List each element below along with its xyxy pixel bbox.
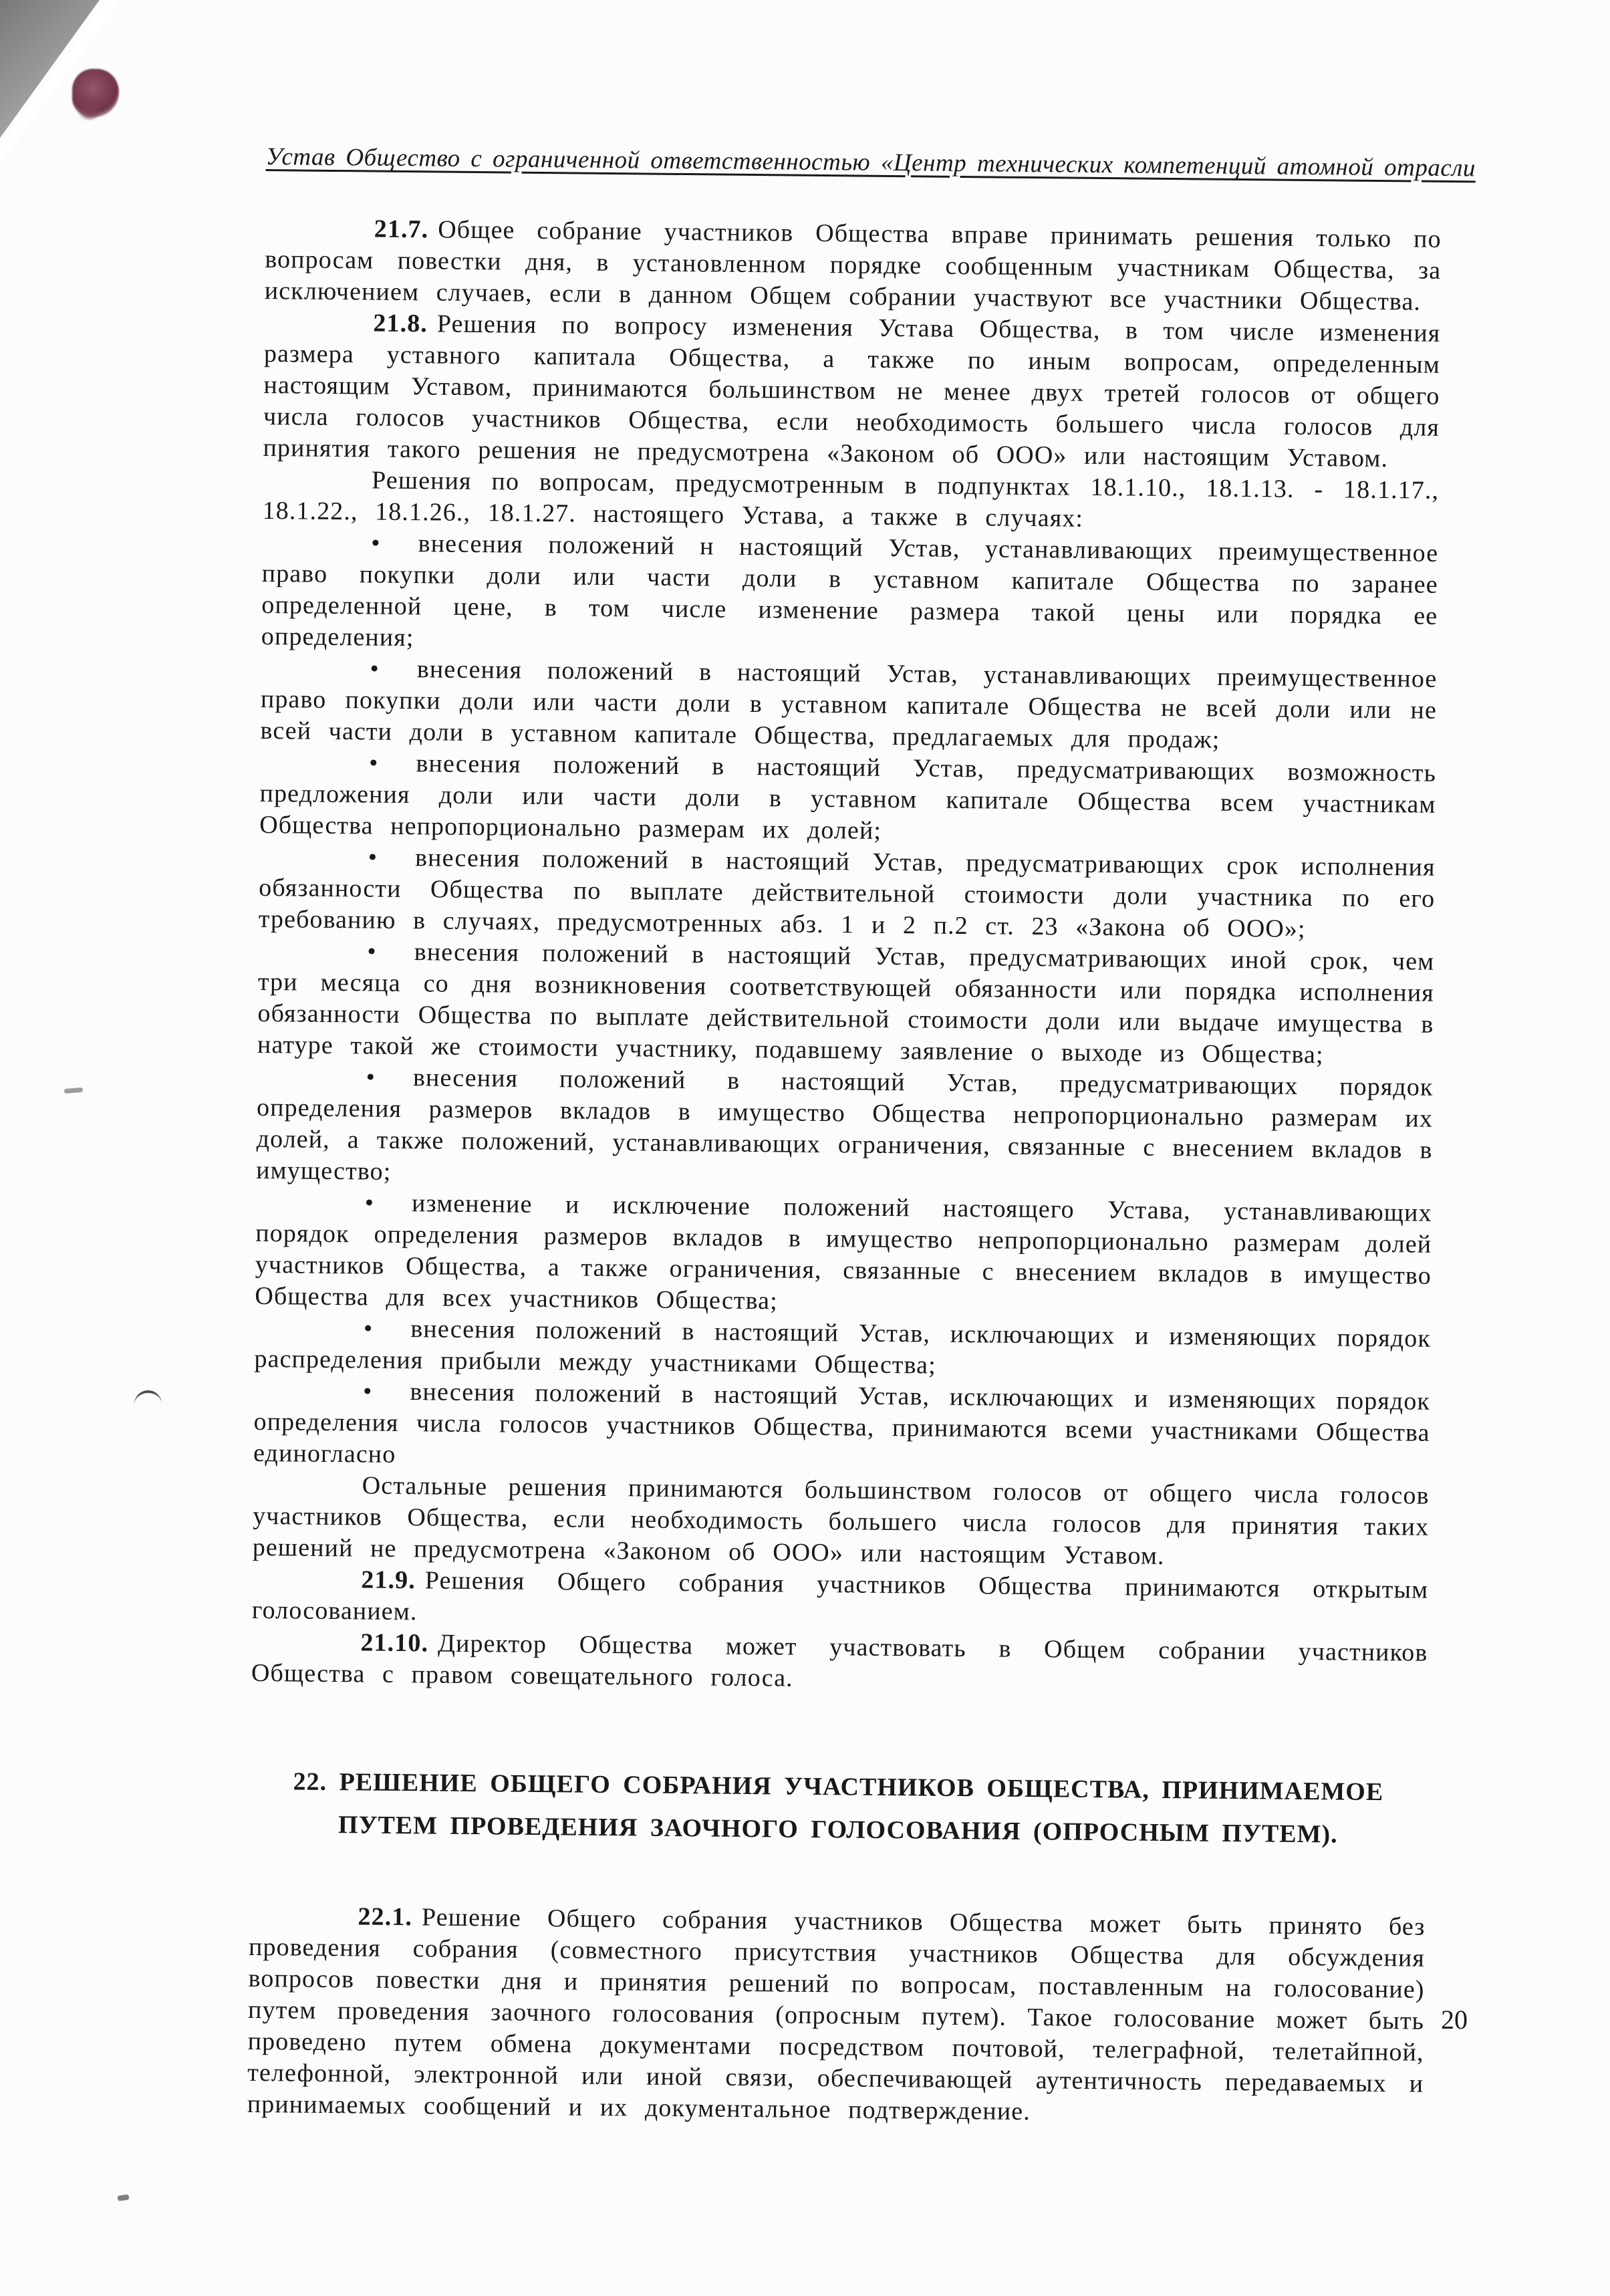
clause-21-8-number: 21.8. (373, 309, 428, 338)
bullet-marker: • (363, 1377, 373, 1405)
scan-dash-mark (64, 1088, 84, 1094)
bullet-item-4: •внесения положений в настоящий Устав, п… (259, 841, 1436, 946)
bullet-item-2: •внесения положений в настоящий Устав, у… (260, 652, 1437, 758)
bullet-item-3: •внесения положений в настоящий Устав, п… (259, 747, 1436, 852)
document-content: Устав Общество с ограниченной ответствен… (247, 142, 1442, 2132)
scan-speck-mark (118, 2194, 130, 2201)
bullet-item-1: •внесения положений н настоящий Устав, у… (261, 527, 1439, 664)
paragraph-subpoints: Решения по вопросам, предусмотренным в п… (262, 464, 1439, 538)
bullet-item-7: •изменение и исключение положений настоя… (255, 1186, 1432, 1323)
bullet-marker: • (366, 1063, 376, 1092)
section-22-heading: 22. РЕШЕНИЕ ОБЩЕГО СОБРАНИЯ УЧАСТНИКОВ О… (290, 1760, 1387, 1856)
document-header-title: Устав Общество с ограниченной ответствен… (266, 142, 1442, 184)
clause-21-9-text: Решения Общего собрания участников Общес… (252, 1566, 1429, 1626)
clause-22-1-number: 22.1. (358, 1902, 412, 1931)
bullet-text: внесения положений в настоящий Устав, ис… (254, 1315, 1431, 1380)
bullet-marker: • (370, 655, 380, 683)
bullet-text: изменение и исключение положений настоящ… (255, 1189, 1432, 1315)
clause-22-1-text: Решение Общего собрания участников Общес… (247, 1903, 1426, 2126)
bullet-item-6: •внесения положений в настоящий Устав, п… (256, 1061, 1434, 1198)
seal-thread-blob-artifact (72, 69, 119, 117)
bullet-marker: • (367, 938, 377, 966)
clause-21-10: 21.10.Директор Общества может участвоват… (251, 1626, 1428, 1700)
page-number: 20 (1441, 2005, 1468, 2035)
clause-21-7-number: 21.7. (374, 215, 429, 244)
paragraph-subpoints-text: Решения по вопросам, предусмотренным в п… (262, 467, 1439, 533)
bullet-marker: • (368, 844, 378, 872)
bullet-marker: • (365, 1188, 375, 1217)
clause-21-9: 21.9.Решения Общего собрания участников … (252, 1563, 1429, 1638)
bullet-text: внесения положений в настоящий Устав, ис… (253, 1378, 1430, 1469)
clause-21-7-text: Общее собрание участников Общества вправ… (265, 215, 1442, 315)
scanned-document-page: Устав Общество с ограниченной ответствен… (0, 0, 1610, 2296)
bullet-text: внесения положений н настоящий Устав, ус… (261, 529, 1439, 652)
bullet-marker: • (369, 749, 379, 777)
clause-22-1: 22.1.Решение Общего собрания участников … (247, 1900, 1426, 2132)
bullet-text: внесения положений в настоящий Устав, ус… (260, 655, 1437, 754)
clause-21-8-text: Решения по вопросу изменения Устава Обще… (263, 309, 1440, 473)
clause-21-10-number: 21.10. (360, 1628, 428, 1657)
bullet-item-8: •внесения положений в настоящий Устав, и… (254, 1312, 1431, 1386)
scan-arc-mark (133, 1390, 162, 1406)
clause-21-7: 21.7.Общее собрание участников Общества … (265, 213, 1442, 318)
bullet-text: внесения положений в настоящий Устав, пр… (259, 844, 1436, 943)
bullet-text: внесения положений в настоящий Устав, пр… (256, 1063, 1434, 1186)
bullet-marker: • (364, 1314, 374, 1342)
bullet-text: внесения положений в настоящий Устав, пр… (257, 938, 1435, 1069)
clause-21-9-number: 21.9. (361, 1565, 416, 1594)
paragraph-other-decisions: Остальные решения принимаются большинств… (253, 1469, 1430, 1575)
bullet-text: внесения положений в настоящий Устав, пр… (259, 749, 1436, 845)
bullet-item-5: •внесения положений в настоящий Устав, п… (257, 935, 1435, 1072)
paragraph-other-decisions-text: Остальные решения принимаются большинств… (253, 1471, 1430, 1570)
clause-21-8: 21.8.Решения по вопросу изменения Устава… (263, 307, 1440, 475)
bullet-marker: • (371, 529, 381, 557)
bullet-item-9: •внесения положений в настоящий Устав, и… (253, 1375, 1430, 1481)
